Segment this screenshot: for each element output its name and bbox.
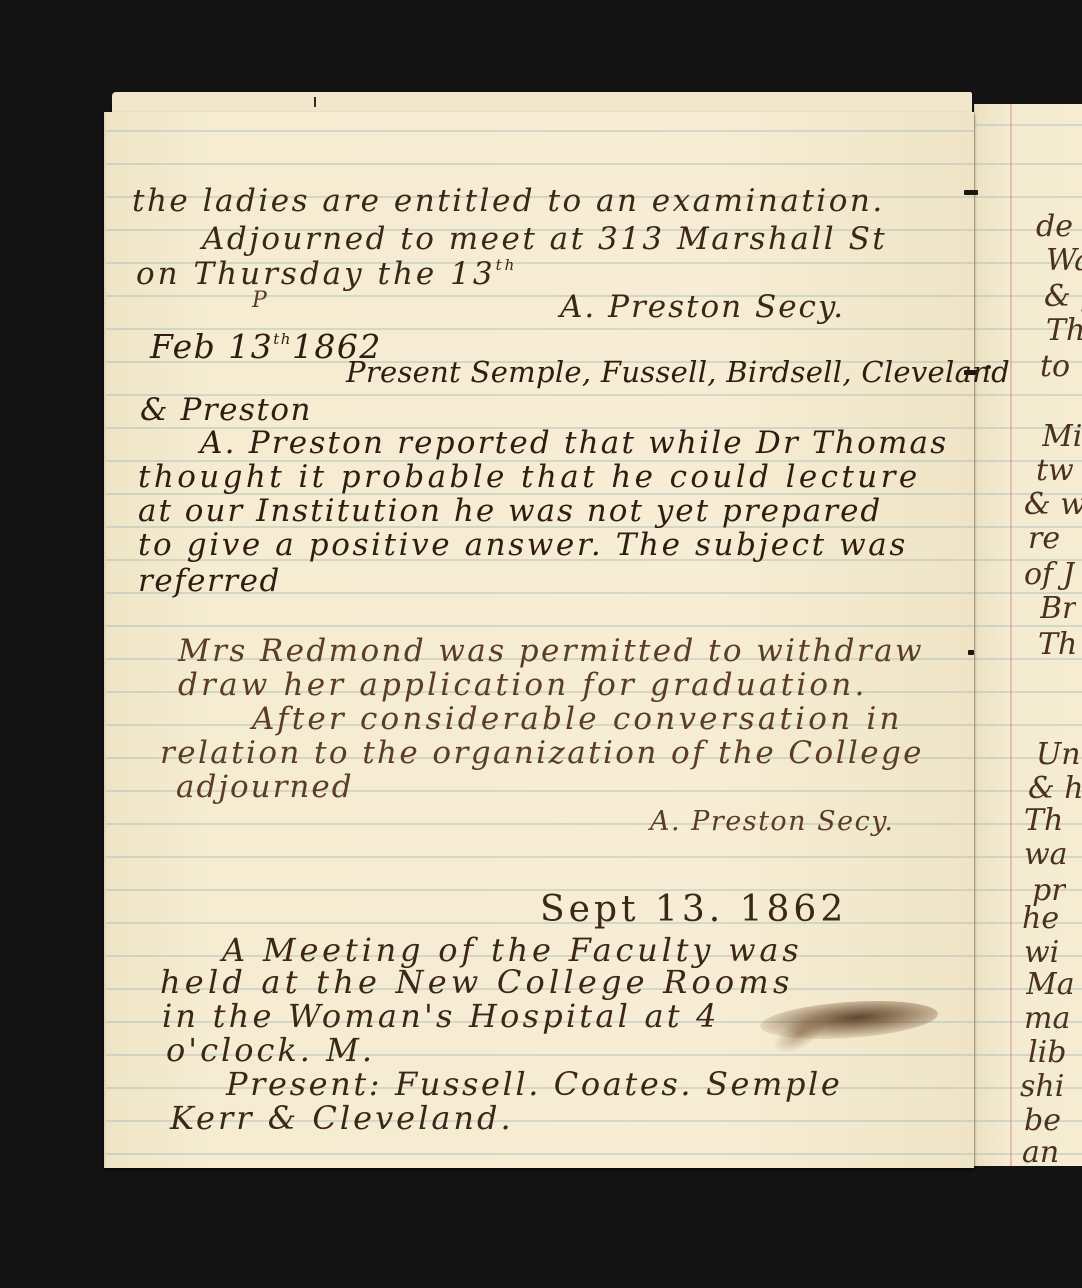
text-fragment: Ma [1026,970,1075,1000]
binding-stitch [964,190,978,195]
handwritten-line: o'clock. M. [166,1034,375,1066]
line-text: on Thursday the 13 [136,256,496,292]
text-fragment: & g [1044,282,1082,312]
text-fragment: Th [1038,630,1077,660]
handwritten-line: Kerr & Cleveland. [170,1102,514,1134]
text-fragment: tw [1036,456,1074,486]
handwritten-line: referred [138,566,281,597]
text-fragment: & h [1028,774,1082,804]
text-fragment: shi [1020,1072,1064,1102]
superscript: th [496,256,518,274]
text-fragment: wi [1024,938,1059,968]
text-fragment: wa [1024,840,1068,870]
text-fragment: pr [1032,876,1066,906]
handwritten-line: relation to the organization of the Coll… [160,738,924,769]
text-fragment: re [1028,524,1060,554]
pencil-tick-mark [314,97,316,107]
handwritten-line: draw her application for graduation. [178,670,868,701]
handwritten-line: at our Institution he was not yet prepar… [138,496,882,527]
handwritten-line: Present Semple, Fussell, Birdsell, Cleve… [346,358,1010,387]
text-fragment: to [1040,352,1070,382]
handwritten-line: held at the New College Rooms [160,966,794,998]
handwritten-line: to give a positive answer. The subject w… [138,530,908,561]
handwritten-line: A Meeting of the Faculty was [222,934,802,966]
text-fragment: Br [1040,594,1076,624]
text-fragment: an [1022,1138,1059,1168]
handwritten-line: in the Woman's Hospital at 4 [162,1000,720,1032]
handwritten-line: Present: Fussell. Coates. Semple [226,1068,842,1100]
handwritten-line: thought it probable that he could lectur… [138,462,921,493]
text-fragment: be [1024,1106,1061,1136]
text-fragment: he [1022,904,1059,934]
stray-mark: P [252,290,268,312]
text-fragment: Mi [1042,422,1082,452]
text-fragment: lib [1028,1038,1066,1068]
signature: A. Preston Secy. [560,292,845,323]
handwritten-line: Adjourned to meet at 313 Marshall St [202,224,887,255]
superscript: th [273,330,292,348]
handwritten-line: & Preston [140,395,312,426]
text-fragment: de [1036,212,1073,242]
text-fragment: Th [1046,316,1082,346]
text-fragment: Un [1036,740,1081,770]
text-fragment: Wa [1046,246,1082,276]
handwritten-line: After considerable conversation in [252,704,903,735]
handwritten-line: the ladies are entitled to an examinatio… [132,186,885,217]
text-fragment: ma [1024,1004,1070,1034]
entry-date: Sept 13. 1862 [540,892,847,928]
text-fragment: Th [1024,806,1063,836]
text-fragment: & w [1024,490,1082,520]
handwritten-line: A. Preston reported that while Dr Thomas [200,428,948,459]
text-fragment: of J [1024,560,1075,590]
handwritten-line: Mrs Redmond was permitted to withdraw [178,636,924,667]
binding-stitch [968,650,974,655]
date-text: Feb 13 [150,327,273,366]
handwritten-line: adjourned [176,772,354,803]
handwritten-line: on Thursday the 13th [136,258,517,290]
signature: A. Preston Secy. [650,808,895,835]
